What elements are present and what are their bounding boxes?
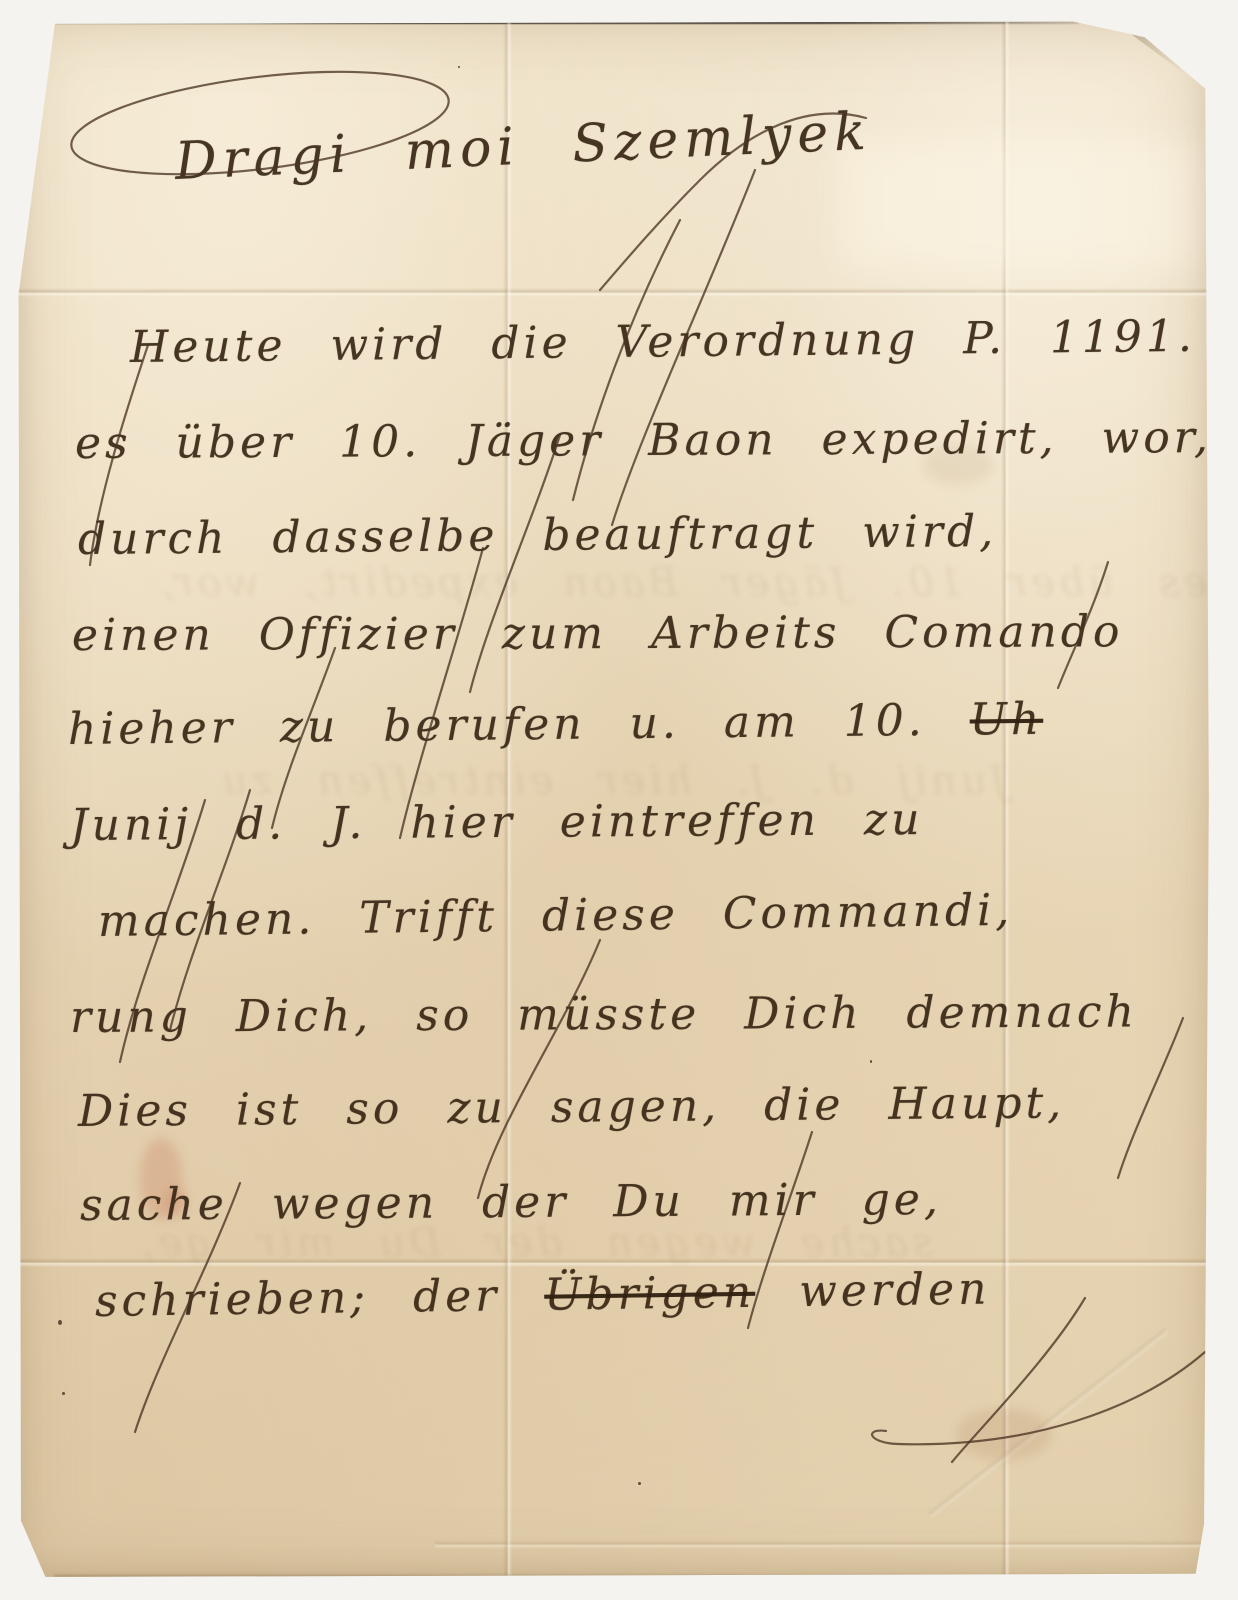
fold-highlight: [838, 140, 1198, 270]
line-text: werden: [755, 1263, 991, 1317]
handwriting-line: schrieben; der Übrigen werden: [95, 1263, 991, 1326]
handwriting-line: rung Dich, so müsste Dich demnach: [70, 986, 1138, 1043]
line-text: Junij d. J. hier eintreffen zu: [70, 794, 924, 851]
line-text: sache wegen der Du mir ge,: [80, 1174, 942, 1231]
horizontal-fold-crease-edge: [435, 1540, 1210, 1549]
handwriting-line: sache wegen der Du mir ge,: [80, 1174, 942, 1231]
line-text: rung Dich, so müsste Dich demnach: [70, 986, 1138, 1043]
smudge-stain: [956, 1408, 1051, 1460]
horizontal-fold-crease-top: [18, 288, 1210, 297]
ink-speck: [58, 1320, 62, 1325]
handwriting-line: Heute wird die Verordnung P. 1191.: [130, 311, 1196, 373]
salutation-line: Dragi moi Szemlyek: [174, 102, 873, 192]
ink-stroke: [478, 940, 600, 1198]
handwriting-line: machen. Trifft diese Commandi,: [98, 885, 1014, 947]
ink-speck: [870, 1060, 872, 1063]
handwriting-line: Dies ist so zu sagen, die Haupt,: [78, 1077, 1066, 1137]
line-text: hieher zu berufen u. am 10.: [68, 695, 970, 755]
letter-scan: es über 10. Jäger Baon expedirt, wor, Ju…: [0, 0, 1238, 1600]
handwriting-line: hieher zu berufen u. am 10. Uh: [68, 694, 1044, 755]
line-text: machen. Trifft diese Commandi,: [98, 885, 1014, 947]
line-text: durch dasselbe beauftragt wird,: [78, 506, 998, 565]
folded-corner-top-right: [1120, 26, 1212, 94]
handwriting-line: es über 10. Jäger Baon expedirt, wor,: [75, 412, 1212, 469]
ink-stroke: [1118, 1018, 1183, 1178]
line-text: es über 10. Jäger Baon expedirt, wor,: [75, 412, 1212, 469]
handwriting-line: einen Offizier zum Arbeits Comando: [72, 606, 1124, 661]
bleed-through-text: es über 10. Jäger Baon expedirt, wor,: [158, 560, 1207, 606]
struck-out-word: Uh: [969, 694, 1043, 746]
line-text: einen Offizier zum Arbeits Comando: [72, 606, 1124, 661]
line-text: Heute wird die Verordnung P. 1191.: [130, 311, 1196, 373]
ink-speck: [62, 1392, 65, 1395]
handwriting-line: durch dasselbe beauftragt wird,: [78, 506, 998, 565]
line-text: Dies ist so zu sagen, die Haupt,: [78, 1077, 1066, 1137]
line-text: schrieben; der: [95, 1270, 545, 1327]
struck-out-word: Übrigen: [544, 1267, 756, 1321]
ink-speck: [638, 1482, 641, 1485]
letter-paper: es über 10. Jäger Baon expedirt, wor, Ju…: [18, 20, 1210, 1580]
handwriting-line: Junij d. J. hier eintreffen zu: [70, 794, 924, 851]
ink-speck: [458, 66, 460, 68]
